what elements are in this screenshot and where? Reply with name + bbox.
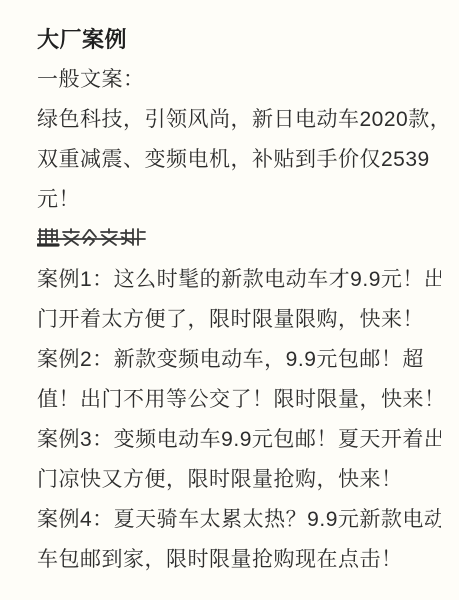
scribble-strikethrough-drawing — [37, 226, 149, 254]
case-1-line-1: 案例1：这么时髦的新款电动车才9.9元！出 — [37, 260, 441, 300]
text-content: 大厂案例 一般文案： 绿色科技，引领风尚，新日电动车2020款， 双重减震、变频… — [37, 20, 441, 580]
general-copy-line-3: 元！ — [37, 180, 441, 220]
page-title: 大厂案例 — [37, 20, 441, 60]
case-4-line-1: 案例4：夏天骑车太累太热？9.9元新款电动 — [37, 500, 441, 540]
case-1-line-2: 门开着太方便了，限时限量限购，快来！ — [37, 300, 441, 340]
general-copy-line-2: 双重减震、变频电机，补贴到手价仅2539 — [37, 140, 441, 180]
general-copy-line-1: 绿色科技，引领风尚，新日电动车2020款， — [37, 100, 441, 140]
general-copy-label: 一般文案： — [37, 60, 441, 100]
case-4-line-2: 车包邮到家，限时限量抢购现在点击！ — [37, 540, 441, 580]
scribbled-out-text — [37, 220, 441, 260]
case-2-line-1: 案例2：新款变频电动车，9.9元包邮！超 — [37, 340, 441, 380]
document-page: 大厂案例 一般文案： 绿色科技，引领风尚，新日电动车2020款， 双重减震、变频… — [0, 0, 459, 600]
case-3-line-1: 案例3：变频电动车9.9元包邮！夏天开着出 — [37, 420, 441, 460]
case-3-line-2: 门凉快又方便，限时限量抢购，快来！ — [37, 460, 441, 500]
case-2-line-2: 值！出门不用等公交了！限时限量，快来！ — [37, 380, 441, 420]
